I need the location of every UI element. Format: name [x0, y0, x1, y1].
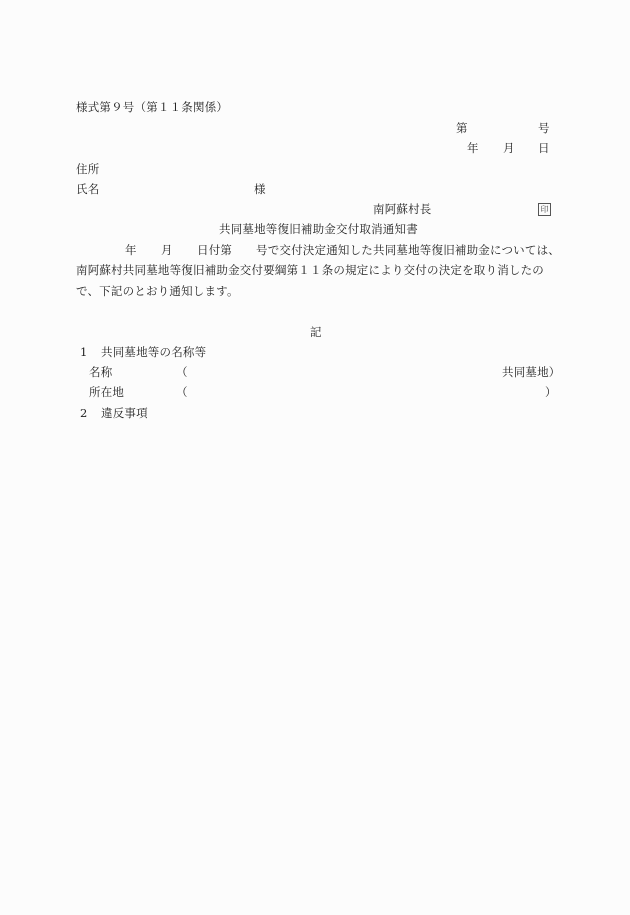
date-year: 年 [467, 141, 479, 155]
form-number: 様式第９号（第１１条関係） [76, 100, 228, 114]
name-label: 氏名 [76, 182, 99, 196]
date-day: 日 [538, 141, 550, 155]
body-year: 年 [125, 243, 137, 257]
doc-number-suffix: 号 [538, 121, 550, 135]
body-line3: で、下記のとおり通知します。 [76, 284, 239, 298]
item-2-number: 2 [80, 406, 88, 420]
field-name-label: 名称 [89, 365, 112, 379]
field-location-close-paren: ） [545, 385, 557, 399]
field-location-label: 所在地 [89, 385, 124, 399]
item-2-label: 違反事項 [101, 406, 148, 420]
address-label: 住所 [76, 162, 99, 176]
issuer-title: 南阿蘇村長 [373, 202, 432, 216]
document-page: 様式第９号（第１１条関係） 第 号 年 月 日 住所 氏名 様 南阿蘇村長 印 … [0, 0, 630, 915]
body-line2: 南阿蘇村共同墓地等復旧補助金交付要綱第１１条の規定により交付の決定を取り消したの [76, 263, 544, 277]
item-1-number: 1 [80, 345, 88, 359]
seal-icon: 印 [538, 203, 551, 216]
body-line1-rest: 号で交付決定通知した共同墓地等復旧補助金については、 [256, 243, 560, 257]
field-name-open-paren: （ [176, 365, 188, 379]
field-name-close: 共同墓地） [502, 365, 561, 379]
honorific: 様 [254, 182, 266, 196]
date-month: 月 [503, 141, 515, 155]
item-1-label: 共同墓地等の名称等 [101, 345, 206, 359]
document-title: 共同墓地等復旧補助金交付取消通知書 [219, 222, 418, 236]
body-month: 月 [161, 243, 173, 257]
ki-heading: 記 [310, 325, 322, 339]
doc-number-prefix: 第 [456, 121, 468, 135]
body-day-ref: 日付第 [197, 243, 232, 257]
field-location-open-paren: （ [176, 385, 188, 399]
